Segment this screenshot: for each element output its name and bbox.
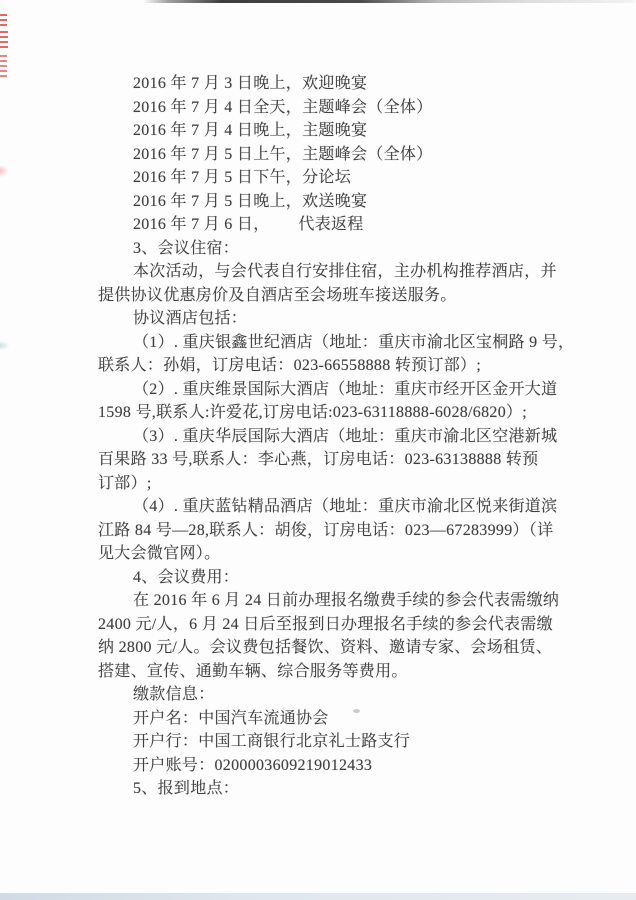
text-line: 1598 号,联系人:许爱花,订房电话:023-63118888-6028/68… (98, 401, 573, 425)
text-line: 百果路 33 号,联系人：李心燕，订房电话：023-63138888 转预 (98, 448, 573, 472)
text-line: 纳 2800 元/人。会议费包括餐饮、资料、邀请专家、会场租赁、 (98, 636, 573, 660)
text-line: （2）. 重庆维景国际大酒店（地址：重庆市经开区金开大道 (98, 378, 573, 402)
text-line: 江路 84 号—28,联系人：胡俊，订房电话：023—67283999）（详 (98, 519, 573, 543)
text-line: （4）. 重庆蓝钻精品酒店（地址：重庆市渝北区悦来街道滨 (98, 495, 573, 519)
text-line: （1）. 重庆银鑫世纪酒店（地址：重庆市渝北区宝桐路 9 号， (98, 331, 573, 355)
red-stamp-fragment (0, 54, 7, 77)
text-line: 2016 年 7 月 5 日下午，分论坛 (98, 166, 573, 190)
red-stamp-fragment (0, 31, 8, 48)
text-line: 2016 年 7 月 6 日， 代表返程 (98, 213, 573, 237)
text-line: 见大会微官网）。 (98, 542, 573, 566)
text-line: 搭建、宣传、通勤车辆、综合服务等费用。 (98, 660, 573, 684)
text-line: （3）. 重庆华辰国际大酒店（地址：重庆市渝北区空港新城 (98, 425, 573, 449)
text-line: 3、会议住宿： (98, 237, 573, 261)
text-line: 协议酒店包括： (98, 307, 573, 331)
text-line: 5、报到地点： (98, 777, 573, 801)
text-line: 缴款信息： (98, 683, 573, 707)
text-line: 开户账号：0200003609219012433 (98, 754, 573, 778)
text-line: 4、会议费用： (98, 566, 573, 590)
text-line: 2400 元/人，6 月 24 日后至报到日办理报名手续的参会代表需缴 (98, 613, 573, 637)
text-line: 本次活动，与会代表自行安排住宿，主办机构推荐酒店，并 (98, 260, 573, 284)
text-line: 在 2016 年 6 月 24 日前办理报名缴费手续的参会代表需缴纳 (98, 589, 573, 613)
red-stamp-fragment (0, 11, 7, 26)
teal-edge-smudge (0, 341, 9, 350)
scanned-document-page: 2016 年 7 月 3 日晚上，欢迎晚宴2016 年 7 月 4 日全天，主题… (0, 0, 636, 900)
text-line: 订部）; (98, 472, 573, 496)
text-line: 2016 年 7 月 4 日晚上，主题晚宴 (98, 119, 573, 143)
document-text-column: 2016 年 7 月 3 日晚上，欢迎晚宴2016 年 7 月 4 日全天，主题… (98, 72, 573, 801)
text-line: 联系人：孙娟，订房电话：023-66558888 转预订部）; (98, 354, 573, 378)
scan-edge-top-band (143, 0, 635, 3)
text-line: 开户行：中国工商银行北京礼士路支行 (98, 730, 573, 754)
text-line: 2016 年 7 月 4 日全天，主题峰会（全体） (98, 96, 573, 120)
text-line: 开户名：中国汽车流通协会 (98, 707, 573, 731)
scan-edge-bottom-band (0, 893, 636, 900)
text-line: 提供协议优惠房价及自酒店至会场班车接送服务。 (98, 284, 573, 308)
pink-edge-smudge (0, 165, 8, 177)
text-line: 2016 年 7 月 5 日晚上，欢送晚宴 (98, 190, 573, 214)
text-line: 2016 年 7 月 3 日晚上，欢迎晚宴 (98, 72, 573, 96)
text-line: 2016 年 7 月 5 日上午，主题峰会（全体） (98, 143, 573, 167)
